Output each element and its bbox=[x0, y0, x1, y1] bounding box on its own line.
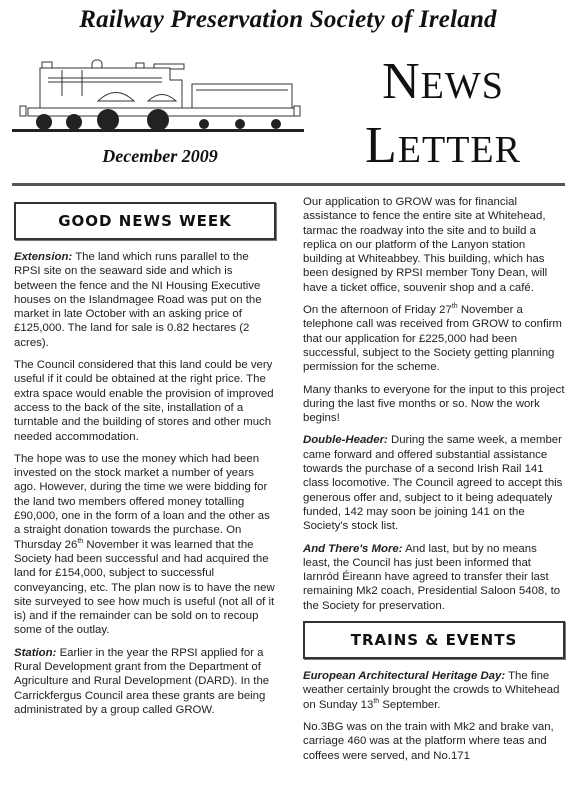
right-column: Our application to GROW was for financia… bbox=[303, 195, 565, 771]
article-paragraph: Station: Earlier in the year the RPSI ap… bbox=[14, 646, 276, 717]
masthead-news: NEWS bbox=[318, 56, 568, 108]
organization-title: Railway Preservation Society of Ireland bbox=[0, 6, 576, 34]
article-paragraph: Extension: The land which runs parallel … bbox=[14, 250, 276, 350]
article-paragraph: The hope was to use the money which had … bbox=[14, 452, 276, 638]
section-heading-trains-events: TRAINS & EVENTS bbox=[303, 621, 565, 659]
masthead-letter: LETTER bbox=[318, 120, 568, 172]
article-paragraph: The Council considered that this land co… bbox=[14, 358, 276, 444]
article-paragraph: On the afternoon of Friday 27th November… bbox=[303, 303, 565, 374]
article-paragraph: Our application to GROW was for financia… bbox=[303, 195, 565, 295]
section-heading-good-news-week: GOOD NEWS WEEK bbox=[14, 202, 276, 240]
newsletter-masthead: NEWS LETTER bbox=[318, 56, 568, 172]
steam-locomotive-icon bbox=[12, 56, 308, 136]
event-paragraph: European Architectural Heritage Day: The… bbox=[303, 669, 565, 712]
left-column: GOOD NEWS WEEK Extension: The land which… bbox=[14, 202, 276, 725]
article-paragraph: Many thanks to everyone for the input to… bbox=[303, 383, 565, 426]
issue-date: December 2009 bbox=[20, 146, 300, 167]
event-paragraph: No.3BG was on the train with Mk2 and bra… bbox=[303, 720, 565, 763]
article-paragraph: And There's More: And last, but by no me… bbox=[303, 542, 565, 613]
article-paragraph: Double-Header: During the same week, a m… bbox=[303, 433, 565, 533]
header-divider bbox=[12, 183, 565, 186]
